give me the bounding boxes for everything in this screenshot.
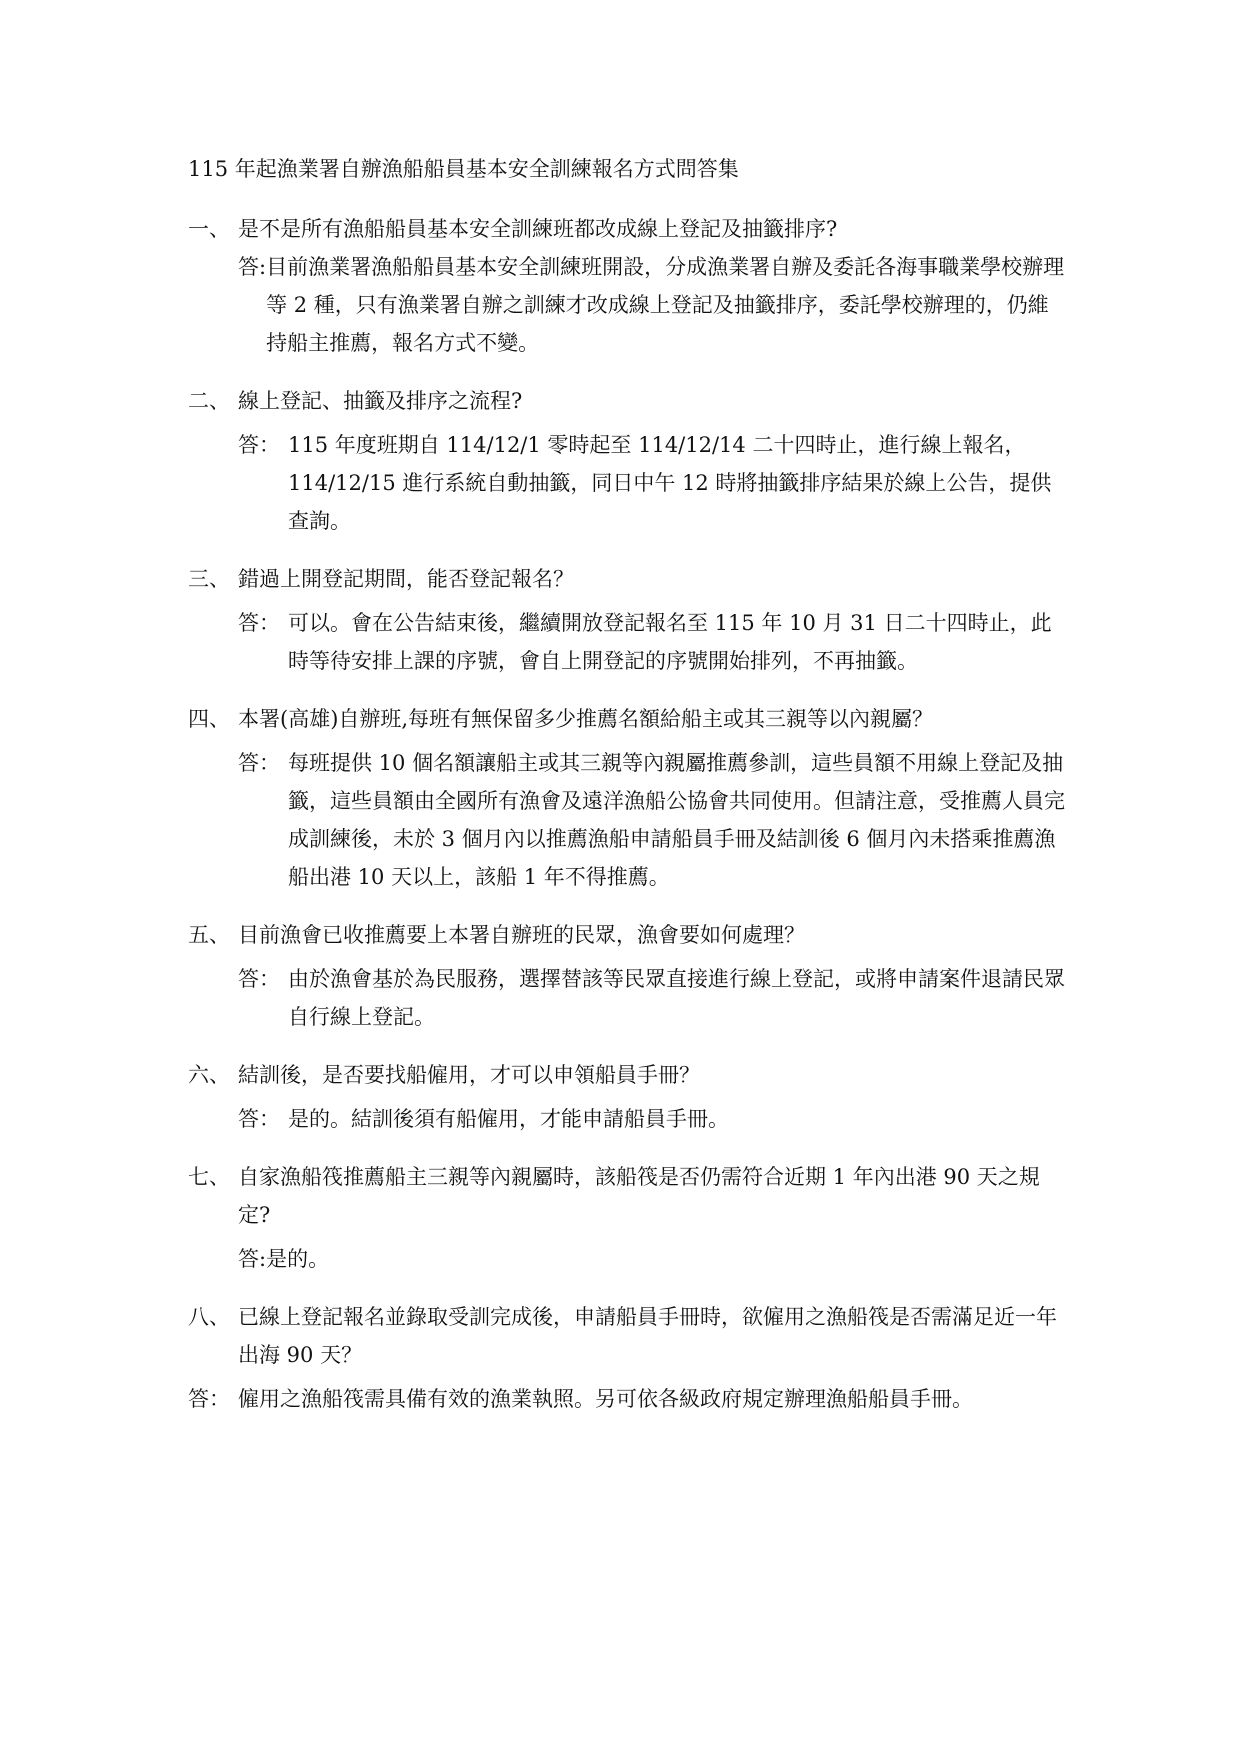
qa-item-4: 四、 本署(高雄)自辦班,每班有無保留多少推薦名額給船主或其三親等以內親屬？ 答… (188, 700, 1068, 896)
answer: 答： 每班提供 10 個名額讓船主或其三親等內親屬推薦參訓，這些員額不用線上登記… (238, 744, 1068, 896)
question: 二、 線上登記、抽籤及排序之流程? (188, 382, 1068, 420)
question: 三、 錯過上開登記期間，能否登記報名？ (188, 560, 1068, 598)
answer: 答： 僱用之漁船筏需具備有效的漁業執照。另可依各級政府規定辦理漁船船員手冊。 (188, 1380, 1068, 1418)
answer: 答: 目前漁業署漁船船員基本安全訓練班開設，分成漁業署自辦及委託各海事職業學校辦… (238, 248, 1068, 362)
question-number: 七、 (188, 1158, 238, 1234)
answer-text: 可以。會在公告結束後，繼續開放登記報名至 115 年 10 月 31 日二十四時… (288, 604, 1068, 680)
question: 五、 目前漁會已收推薦要上本署自辦班的民眾，漁會要如何處理？ (188, 916, 1068, 954)
question: 六、 結訓後，是否要找船僱用，才可以申領船員手冊？ (188, 1056, 1068, 1094)
qa-item-3: 三、 錯過上開登記期間，能否登記報名？ 答： 可以。會在公告結束後，繼續開放登記… (188, 560, 1068, 680)
question-number: 六、 (188, 1056, 238, 1094)
question-text: 目前漁會已收推薦要上本署自辦班的民眾，漁會要如何處理？ (238, 916, 1068, 954)
qa-item-6: 六、 結訓後，是否要找船僱用，才可以申領船員手冊？ 答： 是的。結訓後須有船僱用… (188, 1056, 1068, 1138)
question-number: 四、 (188, 700, 238, 738)
qa-item-7: 七、 自家漁船筏推薦船主三親等內親屬時，該船筏是否仍需符合近期 1 年內出港 9… (188, 1158, 1068, 1278)
qa-item-5: 五、 目前漁會已收推薦要上本署自辦班的民眾，漁會要如何處理？ 答： 由於漁會基於… (188, 916, 1068, 1036)
answer-label: 答： (238, 744, 288, 896)
answer-label: 答： (238, 604, 288, 680)
answer-label: 答： (238, 960, 288, 1036)
qa-item-8: 八、 已線上登記報名並錄取受訓完成後，申請船員手冊時，欲僱用之漁船筏是否需滿足近… (188, 1298, 1068, 1418)
answer-label: 答： (188, 1380, 238, 1418)
question-number: 八、 (188, 1298, 238, 1374)
answer-text: 目前漁業署漁船船員基本安全訓練班開設，分成漁業署自辦及委託各海事職業學校辦理等 … (266, 248, 1068, 362)
qa-item-1: 一、 是不是所有漁船船員基本安全訓練班都改成線上登記及抽籤排序? 答: 目前漁業… (188, 210, 1068, 362)
answer: 答： 115 年度班期自 114/12/1 零時起至 114/12/14 二十四… (238, 426, 1068, 540)
answer-text: 每班提供 10 個名額讓船主或其三親等內親屬推薦參訓，這些員額不用線上登記及抽籤… (288, 744, 1068, 896)
document-title: 115 年起漁業署自辦漁船船員基本安全訓練報名方式問答集 (188, 150, 1068, 188)
question-number: 三、 (188, 560, 238, 598)
document-page: 115 年起漁業署自辦漁船船員基本安全訓練報名方式問答集 一、 是不是所有漁船船… (188, 150, 1068, 1438)
question-text: 本署(高雄)自辦班,每班有無保留多少推薦名額給船主或其三親等以內親屬？ (238, 700, 1068, 738)
question-number: 二、 (188, 382, 238, 420)
question: 四、 本署(高雄)自辦班,每班有無保留多少推薦名額給船主或其三親等以內親屬？ (188, 700, 1068, 738)
answer-label: 答： (238, 1100, 288, 1138)
question: 八、 已線上登記報名並錄取受訓完成後，申請船員手冊時，欲僱用之漁船筏是否需滿足近… (188, 1298, 1068, 1374)
answer-text: 是的。結訓後須有船僱用，才能申請船員手冊。 (288, 1100, 1068, 1138)
answer: 答： 由於漁會基於為民服務，選擇替該等民眾直接進行線上登記，或將申請案件退請民眾… (238, 960, 1068, 1036)
question: 七、 自家漁船筏推薦船主三親等內親屬時，該船筏是否仍需符合近期 1 年內出港 9… (188, 1158, 1068, 1234)
question-text: 已線上登記報名並錄取受訓完成後，申請船員手冊時，欲僱用之漁船筏是否需滿足近一年出… (238, 1298, 1068, 1374)
answer-label: 答: (238, 248, 266, 362)
question-number: 一、 (188, 210, 238, 248)
question-text: 錯過上開登記期間，能否登記報名？ (238, 560, 1068, 598)
question: 一、 是不是所有漁船船員基本安全訓練班都改成線上登記及抽籤排序? (188, 210, 1068, 248)
question-number: 五、 (188, 916, 238, 954)
answer-text: 115 年度班期自 114/12/1 零時起至 114/12/14 二十四時止，… (288, 426, 1068, 540)
answer: 答: 是的。 (238, 1240, 1068, 1278)
answer-text: 僱用之漁船筏需具備有效的漁業執照。另可依各級政府規定辦理漁船船員手冊。 (238, 1380, 1068, 1418)
answer: 答： 是的。結訓後須有船僱用，才能申請船員手冊。 (238, 1100, 1068, 1138)
question-text: 結訓後，是否要找船僱用，才可以申領船員手冊？ (238, 1056, 1068, 1094)
answer-text: 由於漁會基於為民服務，選擇替該等民眾直接進行線上登記，或將申請案件退請民眾自行線… (288, 960, 1068, 1036)
question-text: 自家漁船筏推薦船主三親等內親屬時，該船筏是否仍需符合近期 1 年內出港 90 天… (238, 1158, 1068, 1234)
answer: 答： 可以。會在公告結束後，繼續開放登記報名至 115 年 10 月 31 日二… (238, 604, 1068, 680)
qa-item-2: 二、 線上登記、抽籤及排序之流程? 答： 115 年度班期自 114/12/1 … (188, 382, 1068, 540)
answer-text: 是的。 (266, 1240, 1068, 1278)
question-text: 是不是所有漁船船員基本安全訓練班都改成線上登記及抽籤排序? (238, 210, 1068, 248)
answer-label: 答： (238, 426, 288, 540)
question-text: 線上登記、抽籤及排序之流程? (238, 382, 1068, 420)
answer-label: 答: (238, 1240, 266, 1278)
